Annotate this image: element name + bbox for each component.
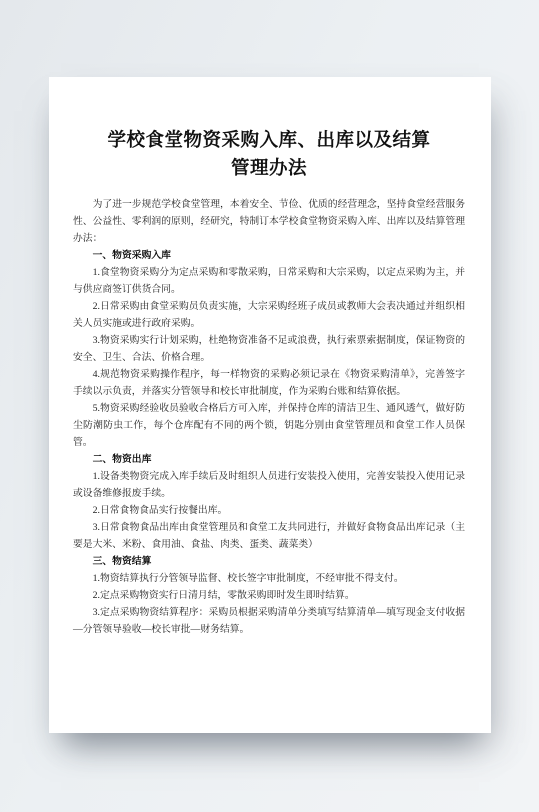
section-2-heading: 二、物资出库	[73, 451, 465, 468]
section-1-item-1: 1.食堂物资采购分为定点采购和零散采购，日常采购和大宗采购，以定点采购为主，并与…	[73, 264, 465, 298]
intro-paragraph: 为了进一步规范学校食堂管理，本着安全、节俭、优质的经营理念，坚持食堂经营服务性、…	[73, 196, 465, 247]
section-3-heading: 三、物资结算	[73, 553, 465, 570]
title-line-1: 学校食堂物资采购入库、出库以及结算	[73, 127, 465, 155]
section-1-item-2: 2.日常采购由食堂采购员负责实施，大宗采购经班子成员或教师大会表决通过并组织相关…	[73, 298, 465, 332]
document-body: 为了进一步规范学校食堂管理，本着安全、节俭、优质的经营理念，坚持食堂经营服务性、…	[73, 196, 465, 638]
section-1-item-3: 3.物资采购实行计划采购，杜绝物资准备不足或浪费，执行索票索据制度，保证物资的安…	[73, 332, 465, 366]
section-2-item-3: 3.日常食物食品出库由食堂管理员和食堂工友共同进行，并做好食物食品出库记录（主要…	[73, 519, 465, 553]
section-1-item-5: 5.物资采购经验收员验收合格后方可入库，并保持仓库的清洁卫生、通风透气，做好防尘…	[73, 400, 465, 451]
document-title: 学校食堂物资采购入库、出库以及结算 管理办法	[73, 127, 465, 183]
app-background: 学校食堂物资采购入库、出库以及结算 管理办法 为了进一步规范学校食堂管理，本着安…	[0, 0, 539, 812]
section-1-item-4: 4.规范物资采购操作程序，每一样物资的采购必须记录在《物资采购清单》，完善签字手…	[73, 366, 465, 400]
document-page: 学校食堂物资采购入库、出库以及结算 管理办法 为了进一步规范学校食堂管理，本着安…	[49, 77, 491, 733]
section-3-item-3: 3.定点采购物资结算程序：采购员根据采购清单分类填写结算清单—填写现金支付收据—…	[73, 604, 465, 638]
section-3-item-1: 1.物资结算执行分管领导监督、校长签字审批制度，不经审批不得支付。	[73, 570, 465, 587]
section-3-item-2: 2.定点采购物资实行日清月结，零散采购即时发生即时结算。	[73, 587, 465, 604]
title-line-2: 管理办法	[73, 155, 465, 183]
section-2-item-1: 1.设备类物资完成入库手续后及时组织人员进行安装投入使用，完善安装投入使用记录或…	[73, 468, 465, 502]
section-1-heading: 一、物资采购入库	[73, 247, 465, 264]
section-2-item-2: 2.日常食物食品实行按餐出库。	[73, 502, 465, 519]
